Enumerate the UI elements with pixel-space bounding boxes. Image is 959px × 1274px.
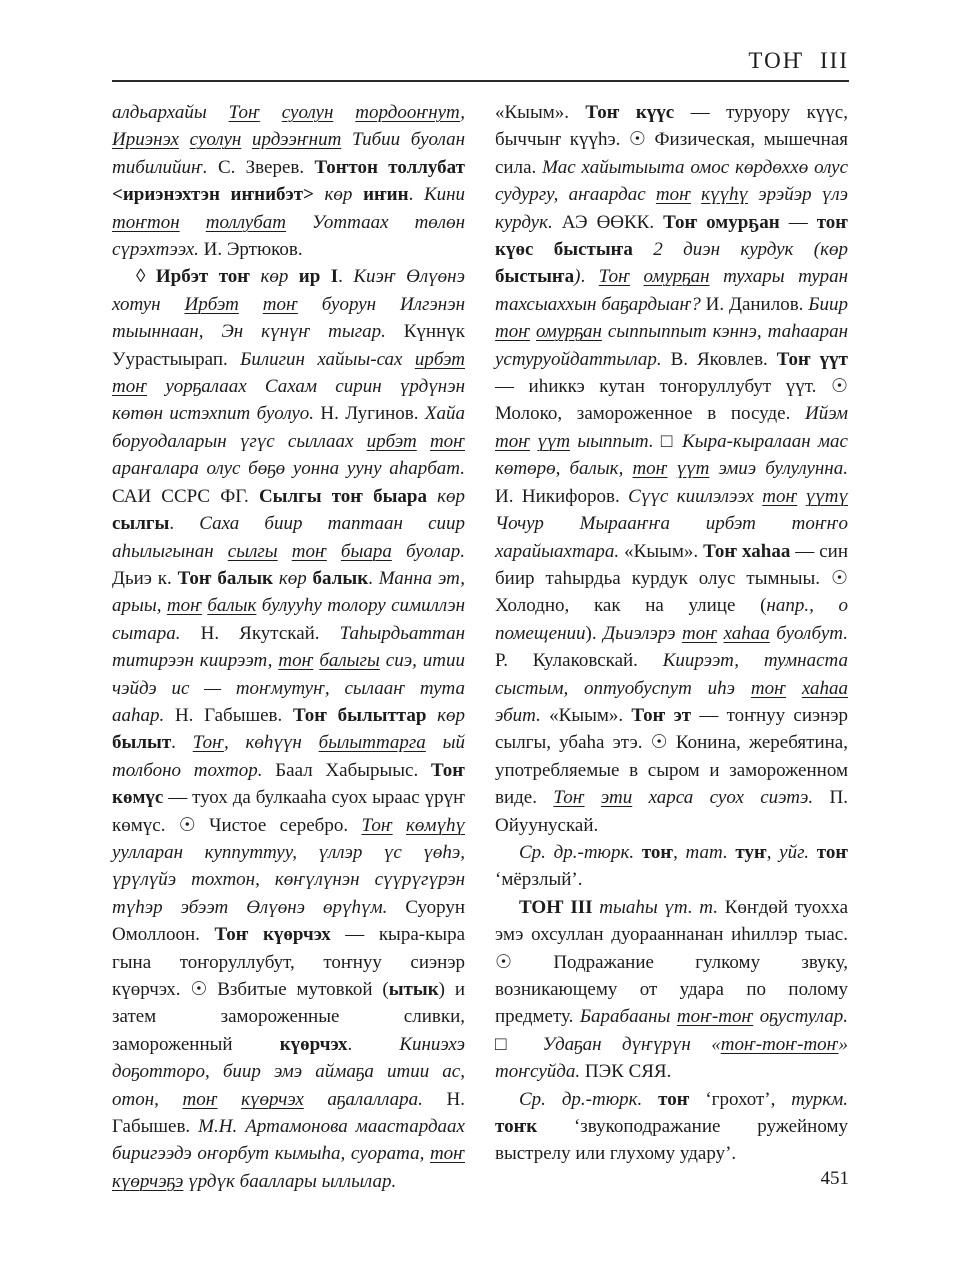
text-run [179, 129, 190, 150]
text-run [797, 486, 805, 507]
text-run: ирбэт [367, 431, 417, 452]
text-run [278, 541, 292, 562]
text-run: . [409, 184, 424, 205]
text-run [691, 184, 701, 205]
text-run: Тоҥ [361, 815, 392, 836]
text-run: аҕалаллара. [304, 1089, 447, 1110]
text-run: тоҥ [495, 431, 530, 452]
text-run: Тоҥ күүс [585, 102, 690, 123]
text-run [667, 458, 676, 479]
text-run: . [171, 732, 193, 753]
page-number: 451 [821, 1168, 850, 1190]
text-columns: алдьархайы Тоҥ суолун тордооҥнут, Ириэнэ… [112, 99, 849, 1195]
text-run: ытык [389, 979, 439, 1000]
text-run: тоҥ [642, 842, 673, 863]
text-run: суолун [190, 129, 242, 150]
paragraph: ТОҤ III тыаһы үт. т. Көҥдөй туохха эмэ о… [495, 894, 848, 1086]
text-run: тоҥ [762, 486, 797, 507]
text-run: . [347, 1034, 399, 1055]
text-run: тыаһы үт. т. [599, 897, 724, 918]
text-run: В. Яковлев. [671, 349, 777, 370]
text-run: , [673, 842, 685, 863]
text-run: үүт [537, 431, 570, 452]
text-run [241, 129, 252, 150]
text-run: Ирбэт [184, 294, 238, 315]
text-run: балык [207, 595, 256, 616]
text-run: . [368, 568, 379, 589]
text-run: И. Эртюков. [204, 239, 303, 260]
running-head: ТОҤ III [748, 48, 849, 74]
text-run: иҥин [363, 184, 409, 205]
text-run: Тоҥ былыттар [293, 705, 437, 726]
text-run: тоҥ [632, 458, 667, 479]
text-run: Тоҥ [229, 102, 260, 123]
text-run: ирдээҥнит [252, 129, 341, 150]
text-run: тоҥ-тоҥ [677, 1006, 753, 1027]
text-run: «Кыым». [495, 102, 585, 123]
paragraph: алдьархайы Тоҥ суолун тордооҥнут, Ириэнэ… [112, 99, 465, 263]
text-run [585, 787, 601, 808]
text-run: Н. Габышев. [175, 705, 293, 726]
text-run: тоҥ [112, 376, 147, 397]
text-run: туркм. [791, 1089, 848, 1110]
text-run: былыт [112, 732, 171, 753]
paragraph: ◊ Ирбэт тоҥ көр ир I. Киэҥ Өлүөнэ хотун … [112, 263, 465, 1195]
text-run [239, 294, 263, 315]
text-run: тоҥ [495, 321, 530, 342]
text-run: быстыҥа [495, 266, 574, 287]
text-run: Тоҥ балык [178, 568, 279, 589]
text-run: Тоҥ омурҕан [663, 212, 789, 233]
text-run: туҥ [735, 842, 766, 863]
paragraph: Ср. др.-тюрк. тоҥ, тат. туҥ, уйг. тоҥ ‘м… [495, 839, 848, 894]
text-run: сылгы [112, 513, 169, 534]
text-run: Ср. др.-тюрк. [519, 1089, 658, 1110]
text-run: былыттарга [319, 732, 426, 753]
text-run: ирбэт [415, 349, 465, 370]
text-run: Дьиэлэрэ [603, 623, 682, 644]
text-run: Тоҥ хаһаа [703, 541, 795, 562]
text-run: И. Никифоров. [495, 486, 628, 507]
text-run: күөрчэх [280, 1034, 348, 1055]
text-run [333, 102, 355, 123]
text-run: үүтү [806, 486, 848, 507]
text-run: ир I [299, 266, 338, 287]
text-run: көр [437, 705, 465, 726]
text-run: тоҥ [682, 623, 717, 644]
text-run [218, 1089, 242, 1110]
text-run: көр [260, 266, 298, 287]
text-run [327, 541, 341, 562]
text-run: Барабааны [580, 1006, 677, 1027]
text-run: Тоҥ [599, 266, 630, 287]
text-run: Дьиэ к. [112, 568, 178, 589]
text-run [786, 678, 802, 699]
text-run: Тоҥ [553, 787, 584, 808]
text-run: — иһиккэ кутан тоҥоруллубут үүт. ☉ Молок… [495, 376, 848, 424]
text-column-right: «Кыым». Тоҥ күүс — туруору күүс, быччыҥ … [495, 99, 848, 1195]
text-run: Тоҥ эт [631, 705, 699, 726]
text-run: ыыппыт. [570, 431, 661, 452]
text-run: «Кыым». [624, 541, 703, 562]
text-run: тоҥ [751, 678, 786, 699]
text-run: тоҥ [430, 1143, 465, 1164]
text-run [260, 102, 282, 123]
text-run: көмүһү [406, 815, 465, 836]
text-run: Ийэм [805, 403, 848, 424]
text-run: буолбут. [770, 623, 848, 644]
text-run: С. Зверев. [218, 157, 315, 178]
text-run [393, 815, 406, 836]
text-run: омурҕан [644, 266, 710, 287]
text-run: ПЭК СЯЯ. [585, 1061, 671, 1082]
text-run: Ирбэт тоҥ [156, 266, 261, 287]
text-run: ‘мёрзлый’. [495, 869, 583, 890]
text-run: САИ ССРС ФГ. [112, 486, 259, 507]
text-run: тоҥ [292, 541, 327, 562]
text-run: көр [279, 568, 313, 589]
text-run: тоҥ-тоҥ-тоҥ [721, 1034, 839, 1055]
text-run: □ [495, 1034, 543, 1055]
text-run: тордооҥнут [355, 102, 460, 123]
text-run [417, 431, 430, 452]
text-run: «Кыым». [549, 705, 631, 726]
text-run: Сылгы тоҥ быара [259, 486, 437, 507]
paragraph: Ср. др.-тюрк. тоҥ ‘грохот’, туркм. тоҥк … [495, 1086, 848, 1168]
text-run: суолун [282, 102, 334, 123]
text-run: араҥалара олус бөҕө уонна ууну аһарбат. [112, 458, 465, 479]
text-run: И. Данилов. [706, 294, 809, 315]
text-run: күөрчэҕэ [112, 1171, 183, 1192]
text-run: алдьархайы [112, 102, 229, 123]
dictionary-page: ТОҤ III алдьархайы Тоҥ суолун тордооҥнут… [0, 0, 959, 1274]
text-run: эмиэ булулунна. [709, 458, 848, 479]
text-run: 2 диэн курдук (көр [653, 239, 848, 260]
text-run: тоҥ [656, 184, 691, 205]
text-run: быара [341, 541, 392, 562]
text-run: Ириэнэх [112, 129, 179, 150]
text-run: тоҥ [430, 431, 465, 452]
text-run: тоҥ [183, 1089, 218, 1110]
text-run: тоҥк [495, 1116, 574, 1137]
text-run: көр [437, 486, 465, 507]
text-run: тоҥ [278, 650, 313, 671]
text-run: көр [325, 184, 364, 205]
text-run: . [338, 266, 353, 287]
text-run: Тоҥ [193, 732, 224, 753]
text-run: эти [601, 787, 632, 808]
text-run: Р. Кулаковскай. [495, 650, 663, 671]
text-run: , көһүүн [224, 732, 319, 753]
text-run: . [580, 266, 598, 287]
text-run: Сүүс киилэлээх [628, 486, 762, 507]
text-run: , [767, 842, 779, 863]
text-run: күөрчэх [241, 1089, 304, 1110]
text-run: Н. Якутскай. [201, 623, 340, 644]
text-run: Н. Лугинов. [320, 403, 424, 424]
text-run: үүт [677, 458, 710, 479]
text-run: тоҥтон [112, 212, 180, 233]
text-run: Баал Хабырыыс. [275, 760, 431, 781]
text-run: күүһү [701, 184, 748, 205]
text-run: хаһаа [724, 623, 770, 644]
text-run: — [789, 212, 817, 233]
text-run: тоҥ [658, 1089, 705, 1110]
text-run: ‘грохот’, [705, 1089, 791, 1110]
paragraph: «Кыым». Тоҥ күүс — туруору күүс, быччыҥ … [495, 99, 848, 839]
text-run: ). [586, 623, 604, 644]
text-run: Биир [808, 294, 848, 315]
text-run [180, 212, 206, 233]
text-column-left: алдьархайы Тоҥ суолун тордооҥнут, Ириэнэ… [112, 99, 465, 1195]
text-run: ТОҤ III [519, 897, 599, 918]
text-run: , [460, 102, 465, 123]
text-run: Удаҕан дүҥүрүн « [543, 1034, 721, 1055]
text-run: эбит. [495, 705, 549, 726]
text-run: толлубат [206, 212, 286, 233]
text-run: харса суох сиэтэ. [632, 787, 829, 808]
text-run: тат. [686, 842, 736, 863]
text-run: тоҥ [817, 842, 848, 863]
text-run: балыгы [319, 650, 380, 671]
text-run: хаһаа [802, 678, 848, 699]
text-run: оҕустулар. [753, 1006, 848, 1027]
text-run: үрдүк бааллары ыллылар. [183, 1171, 396, 1192]
text-run: балык [313, 568, 369, 589]
text-run: Ср. др.-тюрк. [519, 842, 642, 863]
text-run [630, 266, 644, 287]
text-run: омурҕан [536, 321, 602, 342]
header-rule [112, 80, 849, 82]
text-run: уйг. [779, 842, 817, 863]
text-run: сылгы [228, 541, 278, 562]
text-run: тоҥ [263, 294, 298, 315]
text-run: Кини [424, 184, 465, 205]
text-run: Билигин хайыы-сах [240, 349, 415, 370]
text-run: ◊ [136, 266, 156, 287]
text-run: Тоҥ үүт [777, 349, 848, 370]
text-run: Тоҥ күөрчэх [214, 924, 345, 945]
text-run: АЭ ӨӨКК. [562, 212, 663, 233]
text-run: буолар. [392, 541, 465, 562]
text-run: тоҥ [167, 595, 202, 616]
text-run: . [169, 513, 199, 534]
text-run: □ [661, 431, 682, 452]
